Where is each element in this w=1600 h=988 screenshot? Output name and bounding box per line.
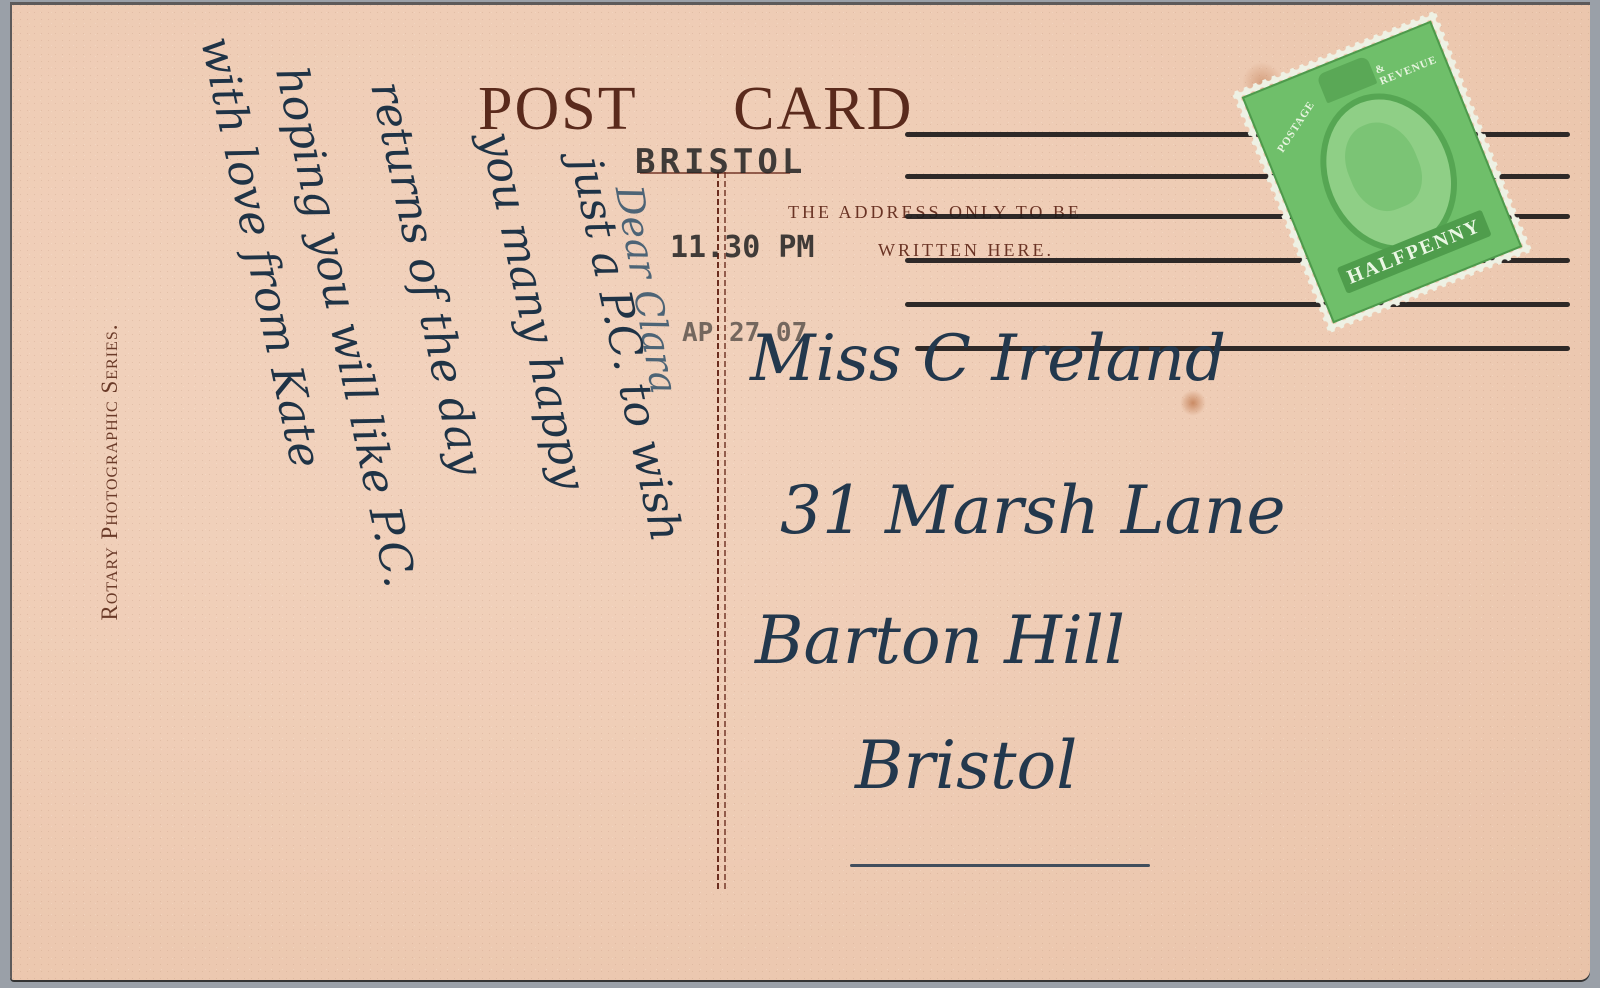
cancel-line: [905, 302, 1570, 307]
address-line-3: Barton Hill: [755, 602, 1125, 679]
postmark-town: BRISTOL: [635, 142, 806, 182]
heading-card: CARD: [733, 74, 913, 145]
address-line-1: Miss C Ireland: [750, 322, 1226, 396]
address-line-4: Bristol: [855, 727, 1077, 804]
stamp-label-revenue: & REVENUE: [1373, 40, 1445, 88]
address-flourish: [850, 864, 1150, 867]
publisher-imprint: Rotary Photographic Series.: [97, 324, 123, 621]
instruction-line-1: THE ADDRESS ONLY TO BE: [788, 202, 1082, 223]
postcard-heading: POST CARD: [478, 74, 913, 145]
postmark-time: 11.30 PM: [670, 230, 815, 265]
divider-line: [717, 172, 719, 892]
address-line-2: 31 Marsh Lane: [780, 472, 1286, 549]
divider-line: [724, 172, 726, 892]
postcard: POST CARD Rotary Photographic Series. TH…: [10, 2, 1590, 980]
stamp-label-postage: POSTAGE: [1275, 99, 1317, 155]
